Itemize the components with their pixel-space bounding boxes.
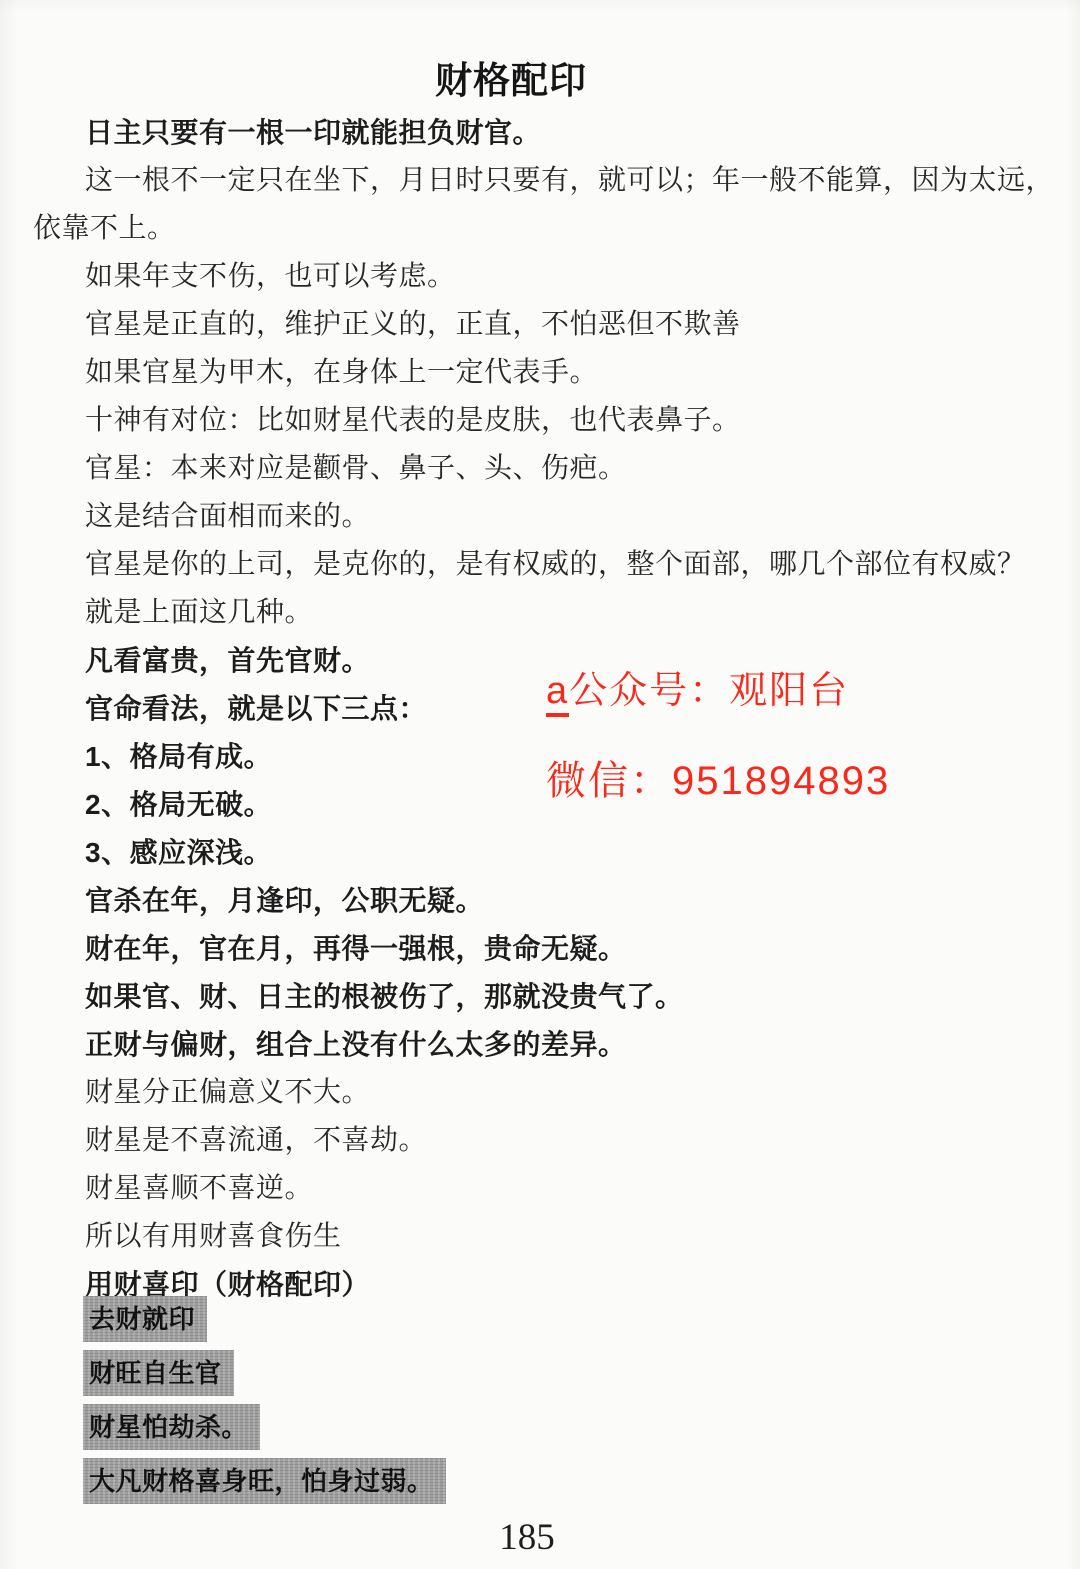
highlighted-text-line: 财星怕劫杀。 bbox=[83, 1404, 260, 1450]
text-line: 3、感应深浅。 bbox=[85, 836, 272, 870]
text-line-content: 这一根不一定只在坐下，月日时只要有，就可以；年一般不能算，因为太远， bbox=[85, 165, 1054, 196]
highlighted-text-line: 财旺自生官 bbox=[83, 1350, 234, 1396]
text-line: 官星是正直的，维护正义的，正直，不怕恶但不欺善 bbox=[85, 308, 741, 342]
text-line: 官命看法，就是以下三点： bbox=[85, 692, 427, 726]
text-line-content: 官星：本来对应是颧骨、鼻子、头、伤疤。 bbox=[85, 453, 627, 484]
text-line-content: 官杀在年，月逢印，公职无疑。 bbox=[85, 885, 484, 916]
text-line: 官星：本来对应是颧骨、鼻子、头、伤疤。 bbox=[85, 452, 627, 486]
text-line: 如果年支不伤，也可以考虑。 bbox=[85, 260, 456, 294]
text-line-content: 官命看法，就是以下三点： bbox=[85, 693, 427, 724]
text-line-content: 2、格局无破。 bbox=[85, 789, 272, 820]
text-line: 2、格局无破。 bbox=[85, 788, 272, 822]
text-line-content: 1、格局有成。 bbox=[85, 741, 272, 772]
text-line-content: 就是上面这几种。 bbox=[85, 597, 313, 628]
text-line-content: 依靠不上。 bbox=[33, 213, 176, 244]
highlighted-text-line: 去财就印 bbox=[83, 1296, 207, 1342]
text-line-content: 如果年支不伤，也可以考虑。 bbox=[85, 261, 456, 292]
text-line: 财星分正偏意义不大。 bbox=[85, 1076, 370, 1110]
text-line-content: 财星怕劫杀。 bbox=[83, 1404, 260, 1450]
text-line-content: 官星是你的上司，是克你的，是有权威的，整个面部，哪几个部位有权威？ bbox=[85, 549, 1026, 580]
text-line: 依靠不上。 bbox=[33, 212, 176, 246]
text-line-content: 日主只要有一根一印就能担负财官。 bbox=[85, 117, 541, 148]
highlighted-text-line: 大凡财格喜身旺，怕身过弱。 bbox=[83, 1458, 446, 1504]
text-line-content: 凡看富贵，首先官财。 bbox=[85, 645, 370, 676]
text-line: 财在年，官在月，再得一强根，贵命无疑。 bbox=[85, 932, 627, 966]
watermark-line-1: a公众号：观阳台 bbox=[546, 659, 849, 714]
text-line-content: 官星是正直的，维护正义的，正直，不怕恶但不欺善 bbox=[85, 309, 741, 340]
text-line: 这是结合面相而来的。 bbox=[85, 500, 370, 534]
text-line: 财星喜顺不喜逆。 bbox=[85, 1172, 313, 1206]
text-line-content: 3、感应深浅。 bbox=[85, 837, 272, 868]
text-line-content: 财旺自生官 bbox=[83, 1350, 234, 1396]
page-number: 185 bbox=[0, 1516, 1054, 1559]
text-line: 财星是不喜流通，不喜劫。 bbox=[85, 1124, 427, 1158]
text-line: 就是上面这几种。 bbox=[85, 596, 313, 630]
text-line: 十神有对位：比如财星代表的是皮肤，也代表鼻子。 bbox=[85, 404, 741, 438]
text-line: 凡看富贵，首先官财。 bbox=[85, 644, 370, 678]
text-line: 官杀在年，月逢印，公职无疑。 bbox=[85, 884, 484, 918]
text-line: 如果官、财、日主的根被伤了，那就没贵气了。 bbox=[85, 980, 684, 1014]
text-line-content: 大凡财格喜身旺，怕身过弱。 bbox=[83, 1458, 446, 1504]
text-line-content: 财星喜顺不喜逆。 bbox=[85, 1173, 313, 1204]
text-line: 这一根不一定只在坐下，月日时只要有，就可以；年一般不能算，因为太远， bbox=[85, 164, 1054, 198]
text-line-content: 财星分正偏意义不大。 bbox=[85, 1077, 370, 1108]
text-line: 正财与偏财，组合上没有什么太多的差异。 bbox=[85, 1028, 627, 1062]
watermark-line-2: 微信：951894893 bbox=[546, 749, 890, 806]
watermark-underlined-prefix: a bbox=[546, 670, 569, 717]
text-line: 所以有用财喜食伤生 bbox=[85, 1220, 342, 1254]
text-line-content: 如果官、财、日主的根被伤了，那就没贵气了。 bbox=[85, 981, 684, 1012]
text-line-content: 如果官星为甲木，在身体上一定代表手。 bbox=[85, 357, 598, 388]
text-line-content: 正财与偏财，组合上没有什么太多的差异。 bbox=[85, 1029, 627, 1060]
text-line-content: 十神有对位：比如财星代表的是皮肤，也代表鼻子。 bbox=[85, 405, 741, 436]
text-line-content: 所以有用财喜食伤生 bbox=[85, 1221, 342, 1252]
watermark-account-text: 公众号：观阳台 bbox=[569, 670, 849, 712]
text-line: 官星是你的上司，是克你的，是有权威的，整个面部，哪几个部位有权威？ bbox=[85, 548, 1026, 582]
text-line: 1、格局有成。 bbox=[85, 740, 272, 774]
page-title: 财格配印 bbox=[0, 50, 1022, 104]
text-line-content: 财在年，官在月，再得一强根，贵命无疑。 bbox=[85, 933, 627, 964]
text-line-content: 财星是不喜流通，不喜劫。 bbox=[85, 1125, 427, 1156]
text-line: 如果官星为甲木，在身体上一定代表手。 bbox=[85, 356, 598, 390]
text-line-content: 这是结合面相而来的。 bbox=[85, 501, 370, 532]
text-line-content: 去财就印 bbox=[83, 1296, 207, 1342]
scanned-document-page: 财格配印 日主只要有一根一印就能担负财官。这一根不一定只在坐下，月日时只要有，就… bbox=[0, 0, 1080, 1569]
text-line: 日主只要有一根一印就能担负财官。 bbox=[85, 116, 541, 150]
